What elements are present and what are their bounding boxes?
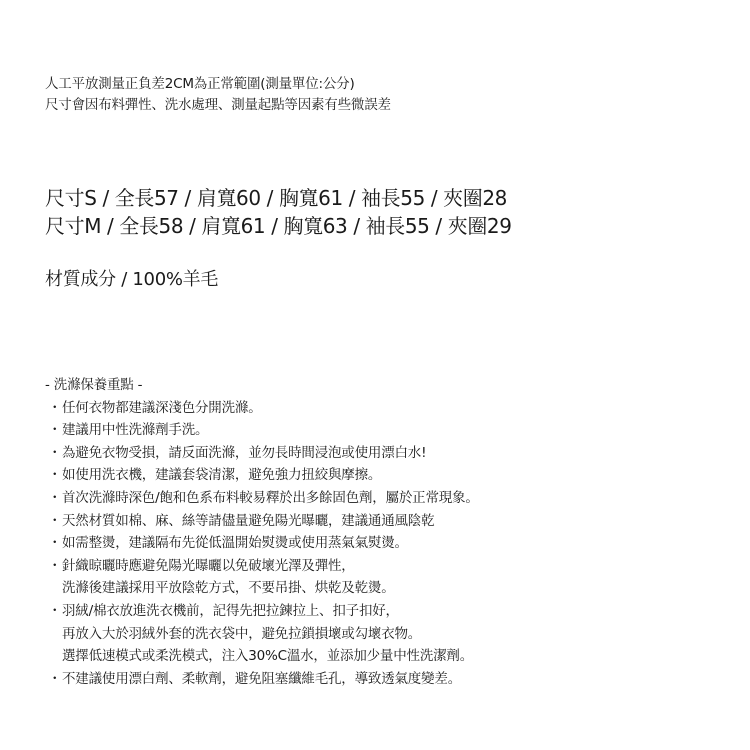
care-item: ・ 任何衣物都建議深淺色分開洗滌。	[45, 397, 479, 420]
material-composition: 材質成分 / 100%羊毛	[45, 266, 218, 294]
bullet-icon: ・	[45, 464, 62, 487]
bullet-icon: ・	[45, 668, 62, 691]
bullet-icon: ・	[45, 442, 62, 465]
care-item-text: 如需整燙，建議隔布先從低溫開始熨燙或使用蒸氣氣熨燙。	[62, 532, 408, 555]
care-item: ・ 如需整燙，建議隔布先從低溫開始熨燙或使用蒸氣氣熨燙。	[45, 532, 479, 555]
care-item-text: 不建議使用漂白劑、柔軟劑，避免阻塞纖維毛孔，導致透氣度變差。	[62, 668, 461, 691]
care-item: ・ 為避免衣物受損，請反面洗滌，並勿長時間浸泡或使用漂白水!	[45, 442, 479, 465]
care-heading: - 洗滌保養重點 -	[45, 374, 479, 397]
care-item-text: 天然材質如棉、麻、絲等請儘量避免陽光曝曬，建議通通風陰乾	[62, 510, 434, 533]
bullet-icon: ・	[45, 555, 62, 578]
care-item: ・ 不建議使用漂白劑、柔軟劑，避免阻塞纖維毛孔，導致透氣度變差。	[45, 668, 479, 691]
bullet-icon: ・	[45, 600, 62, 623]
care-item-continuation: 再放入大於羽絨外套的洗衣袋中，避免拉鎖損壞或勾壞衣物。	[45, 623, 479, 646]
care-item-continuation: 洗滌後建議採用平放陰乾方式，不要吊掛、烘乾及乾燙。	[45, 577, 479, 600]
size-row-s: 尺寸S / 全長57 / 肩寬60 / 胸寬61 / 袖長55 / 夾圈28	[45, 184, 512, 212]
bullet-icon: ・	[45, 487, 62, 510]
care-item-text: 為避免衣物受損，請反面洗滌，並勿長時間浸泡或使用漂白水!	[62, 442, 426, 465]
care-item: ・ 首次洗滌時深色/飽和色系布料較易釋於出多餘固色劑，屬於正常現象。	[45, 487, 479, 510]
bullet-icon: ・	[45, 532, 62, 555]
care-item-text: 建議用中性洗滌劑手洗。	[62, 419, 208, 442]
bullet-icon: ・	[45, 510, 62, 533]
care-item: ・ 建議用中性洗滌劑手洗。	[45, 419, 479, 442]
care-item-continuation: 選擇低速模式或柔洗模式，注入30%C溫水，並添加少量中性洗潔劑。	[45, 645, 479, 668]
measurement-note: 人工平放測量正負差2CM為正常範圍(測量單位:公分) 尺寸會因布料彈性、洗水處理…	[45, 74, 391, 116]
care-item-text: 針織晾曬時應避免陽光曝曬以免破壞光澤及彈性，	[62, 555, 355, 578]
care-instructions: - 洗滌保養重點 - ・ 任何衣物都建議深淺色分開洗滌。 ・ 建議用中性洗滌劑手…	[45, 374, 479, 690]
care-item: ・ 羽絨/棉衣放進洗衣機前，記得先把拉鍊拉上、扣子扣好，	[45, 600, 479, 623]
care-item: ・ 針織晾曬時應避免陽光曝曬以免破壞光澤及彈性，	[45, 555, 479, 578]
bullet-icon: ・	[45, 397, 62, 420]
care-item: ・ 天然材質如棉、麻、絲等請儘量避免陽光曝曬，建議通通風陰乾	[45, 510, 479, 533]
size-chart: 尺寸S / 全長57 / 肩寬60 / 胸寬61 / 袖長55 / 夾圈28 尺…	[45, 184, 512, 240]
measurement-note-line-2: 尺寸會因布料彈性、洗水處理、測量起點等因素有些微誤差	[45, 95, 391, 116]
care-item: ・ 如使用洗衣機，建議套袋清潔，避免強力扭絞與摩擦。	[45, 464, 479, 487]
size-row-m: 尺寸M / 全長58 / 肩寬61 / 胸寬63 / 袖長55 / 夾圈29	[45, 212, 512, 240]
bullet-icon: ・	[45, 419, 62, 442]
measurement-note-line-1: 人工平放測量正負差2CM為正常範圍(測量單位:公分)	[45, 74, 391, 95]
care-item-text: 羽絨/棉衣放進洗衣機前，記得先把拉鍊拉上、扣子扣好，	[62, 600, 399, 623]
care-item-text: 如使用洗衣機，建議套袋清潔，避免強力扭絞與摩擦。	[62, 464, 381, 487]
care-item-text: 任何衣物都建議深淺色分開洗滌。	[62, 397, 262, 420]
care-item-text: 首次洗滌時深色/飽和色系布料較易釋於出多餘固色劑，屬於正常現象。	[62, 487, 479, 510]
